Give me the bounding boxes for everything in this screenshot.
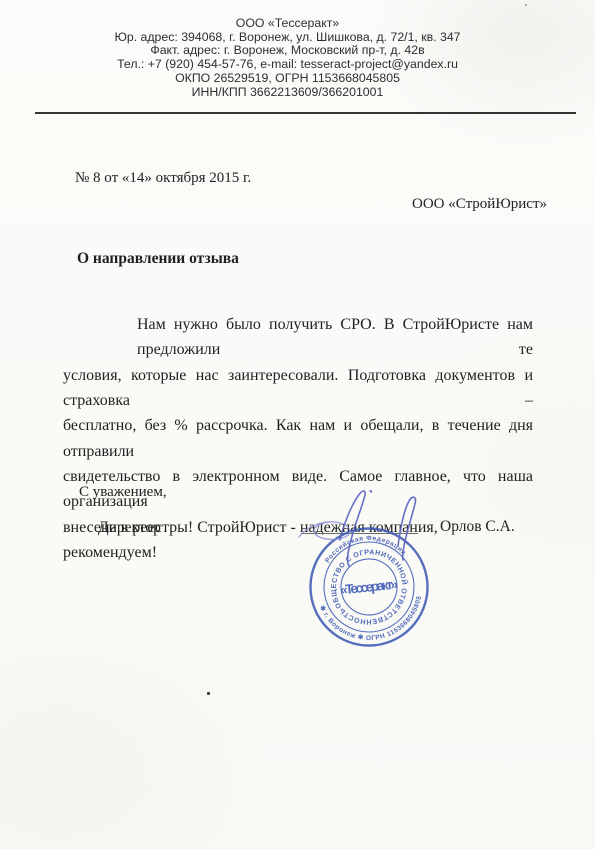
body-line: бесплатно, без % рассрочка. Как нам и об…: [63, 413, 533, 464]
body-line: Нам нужно было получить СРО. В СтройЮрис…: [63, 312, 533, 363]
scan-speck: [525, 4, 527, 6]
letterhead-divider: [35, 112, 576, 114]
letterhead-okpo-ogrn: ОКПО 26529519, ОГРН 1153668045805: [0, 72, 585, 86]
document-number-date: № 8 от «14» октября 2015 г.: [75, 170, 251, 187]
signer-title: Директор: [98, 519, 161, 537]
stamp-company-name: «Тессеракт»: [339, 577, 398, 598]
body-line: условия, которые нас заинтересовали. Под…: [63, 363, 533, 414]
signer-name: Орлов С.А.: [440, 518, 515, 536]
handwritten-signature: [285, 478, 435, 573]
letterhead-actual-address: Факт. адрес: г. Воронеж, Московский пр-т…: [0, 44, 585, 58]
letterhead-phone-email: Тел.: +7 (920) 454-57-76, e-mail: tesser…: [0, 58, 585, 72]
letterhead-legal-address: Юр. адрес: 394068, г. Воронеж, ул. Шишко…: [0, 31, 585, 45]
subject-line: О направлении отзыва: [77, 250, 239, 268]
letterhead: ООО «Тессеракт» Юр. адрес: 394068, г. Во…: [0, 17, 585, 99]
recipient: ООО «СтройЮрист»: [412, 196, 547, 213]
letterhead-company: ООО «Тессеракт»: [0, 17, 585, 31]
letterhead-inn-kpp: ИНН/КПП 3662213609/366201001: [0, 86, 585, 100]
scanned-letter-page: ООО «Тессеракт» Юр. адрес: 394068, г. Во…: [0, 0, 595, 849]
scan-speck: [207, 692, 210, 695]
closing-salutation: С уважением,: [79, 484, 167, 501]
